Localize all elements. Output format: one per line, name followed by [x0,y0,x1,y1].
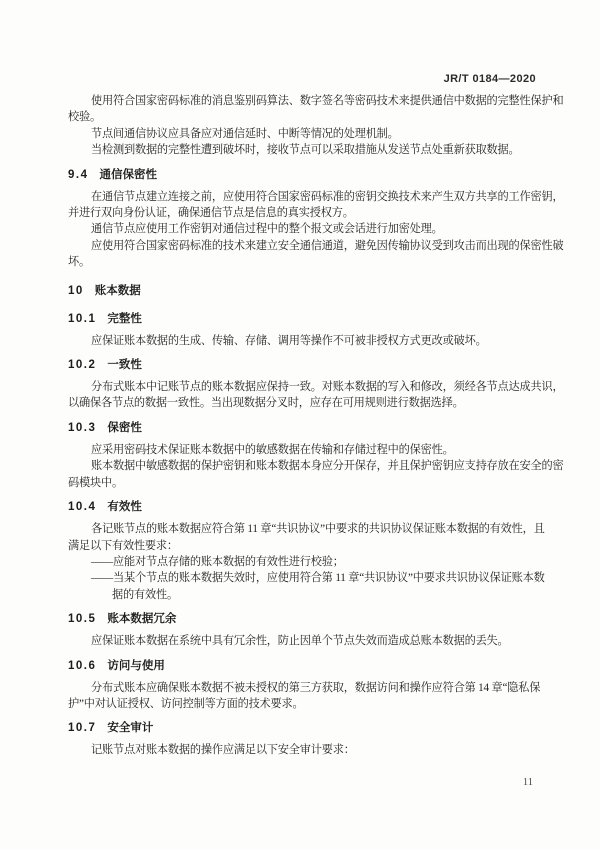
body-line: 满足以下有效性要求： [68,538,542,554]
body-line: 当检测到数据的完整性遭到破坏时，接收节点可以采取措施从发送节点处重新获取数据。 [68,142,542,158]
clause-heading-10-7: 10.7安全审计 [68,721,542,736]
body-line: 通信节点应使用工作密钥对通信过程中的整个报文或会话进行加密处理。 [68,221,542,237]
clause-heading-10-5: 10.5账本数据冗余 [68,612,542,627]
clause-title: 通信保密性 [100,169,158,181]
body-line: 护”中对认证授权、访问控制等方面的技术要求。 [68,696,542,712]
body-line: 应保证账本数据的生成、传输、存储、调用等操作不可被非授权方式更改或破坏。 [68,333,542,349]
clause-title: 账本数据冗余 [107,613,176,625]
body-line: 并进行双向身份认证，确保通信节点是信息的真实授权方。 [68,205,542,221]
body-line: 分布式账本中记账节点的账本数据应保持一致。对账本数据的写入和修改，须经各节点达成… [68,379,542,395]
list-item-line: 据的有效性。 [68,587,542,603]
page-content: 使用符合国家密码标准的消息鉴别码算法、数字签名等密码技术来提供通信中数据的完整性… [68,93,542,759]
clause-heading-9-4: 9.4通信保密性 [68,168,542,183]
body-line: 记账节点对账本数据的操作应满足以下安全审计要求： [68,742,542,758]
clause-title: 账本数据 [95,285,141,297]
clause-number: 10.7 [68,722,96,734]
body-line: 校验。 [68,109,542,125]
clause-number: 10.3 [68,422,96,434]
clause-number: 10.1 [68,313,96,325]
body-line: 应保证账本数据在系统中具有冗余性，防止因单个节点失效而造成总账本数据的丢失。 [68,633,542,649]
clause-title: 访问与使用 [107,660,165,672]
body-line: 码模块中。 [68,475,542,491]
clause-heading-10-2: 10.2一致性 [68,358,542,373]
clause-title: 一致性 [107,359,142,371]
clause-heading-10-6: 10.6访问与使用 [68,659,542,674]
page-number: 11 [523,777,533,788]
body-line: 使用符合国家密码标准的消息鉴别码算法、数字签名等密码技术来提供通信中数据的完整性… [68,93,542,109]
clause-number: 10.6 [68,660,96,672]
list-item-line: ——应能对节点存储的账本数据的有效性进行校验； [68,554,542,570]
document-page: JR/T 0184—2020 使用符合国家密码标准的消息鉴别码算法、数字签名等密… [0,0,600,849]
body-line: 在通信节点建立连接之前，应使用符合国家密码标准的密钥交换技术来产生双方共享的工作… [68,189,542,205]
chapter-heading-10: 10账本数据 [68,284,542,299]
clause-heading-10-3: 10.3保密性 [68,421,542,436]
clause-title: 安全审计 [107,722,153,734]
clause-number: 10.4 [68,501,96,513]
body-line: 应采用密码技术保证账本数据中的敏感数据在传输和存储过程中的保密性。 [68,442,542,458]
body-line: 以确保各节点的数据一致性。当出现数据分叉时，应存在可用规则进行数据选择。 [68,395,542,411]
clause-heading-10-4: 10.4有效性 [68,500,542,515]
clause-title: 有效性 [107,501,142,513]
clause-number: 10.5 [68,613,96,625]
clause-title: 保密性 [107,422,142,434]
running-header-doc-code: JR/T 0184—2020 [444,73,536,85]
body-line: 分布式账本应确保账本数据不被未授权的第三方获取，数据访问和操作应符合第 14 章… [68,680,542,696]
list-item-line: ——当某个节点的账本数据失效时，应使用符合第 11 章“共识协议”中要求共识协议… [68,570,542,586]
clause-number: 10.2 [68,359,96,371]
body-line: 各记账节点的账本数据应符合第 11 章“共识协议”中要求的共识协议保证账本数据的… [68,521,542,537]
clause-title: 完整性 [107,313,142,325]
body-line: 账本数据中敏感数据的保护密钥和账本数据本身应分开保存，并且保护密钥应支持存放在安… [68,458,542,474]
clause-number: 9.4 [68,169,89,181]
body-line: 坏。 [68,254,542,270]
body-line: 应使用符合国家密码标准的技术来建立安全通信通道，避免因传输协议受到攻击而出现的保… [68,238,542,254]
clause-number: 10 [68,285,84,297]
body-line: 节点间通信协议应具备应对通信延时、中断等情况的处理机制。 [68,126,542,142]
clause-heading-10-1: 10.1完整性 [68,312,542,327]
